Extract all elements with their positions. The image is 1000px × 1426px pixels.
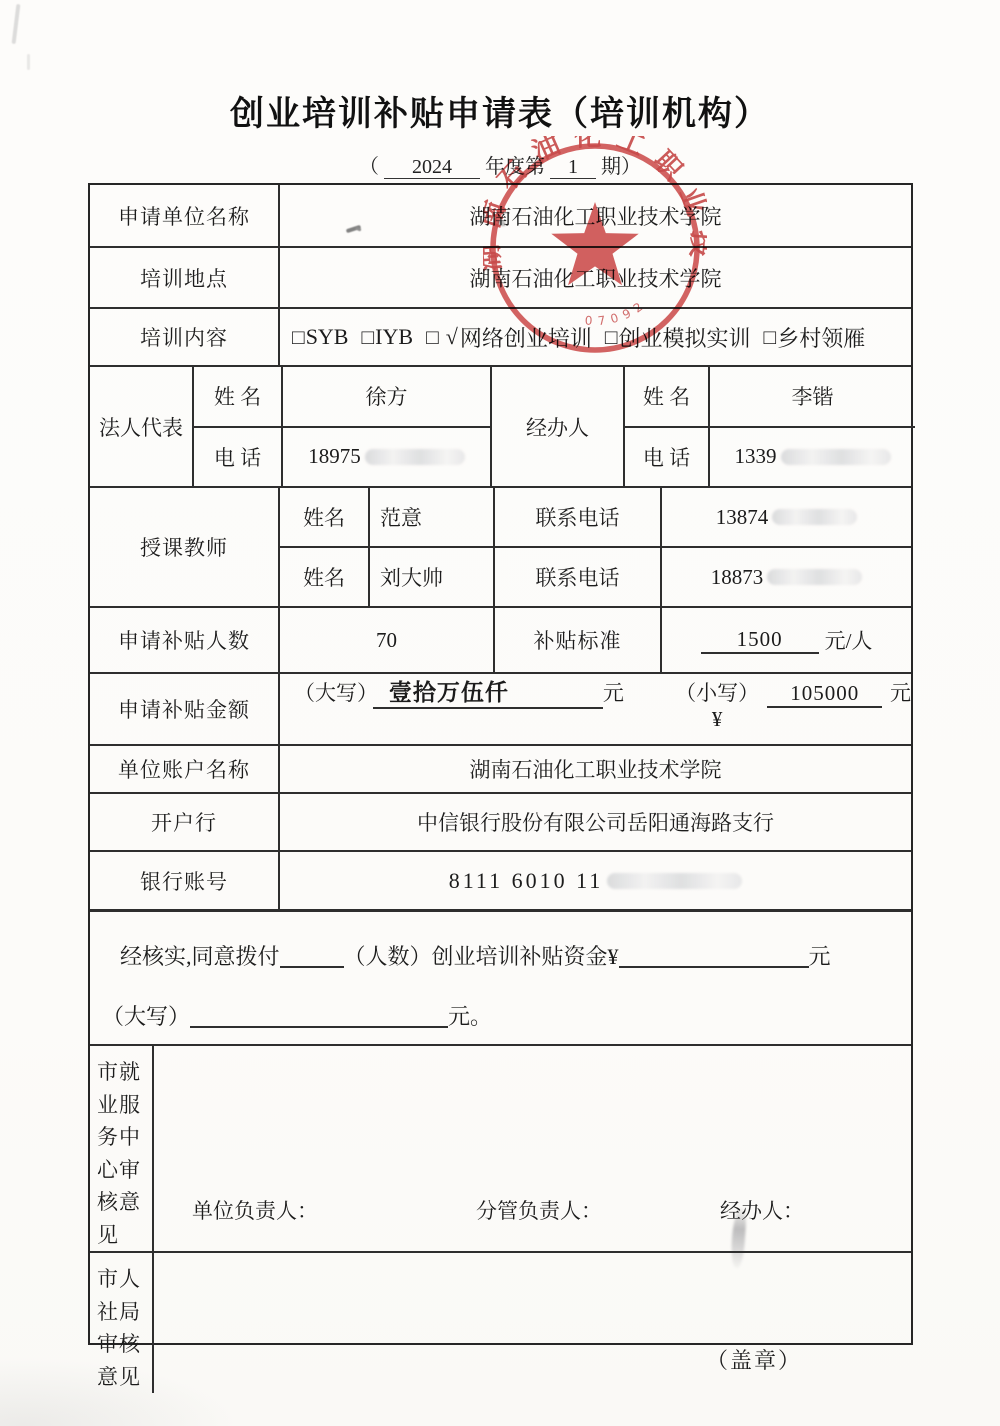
option-label: 乡村领雁 — [777, 322, 865, 353]
blank-daxie — [190, 1004, 448, 1028]
page-title: 创业培训补贴申请表（培训机构） — [0, 86, 1000, 135]
amount-value: （大写） 壹拾万伍仟 元 （小写）¥ 105000 元 — [280, 674, 911, 744]
train-content-label: 培训内容 — [90, 309, 280, 365]
standard-value: 1500 元/人 — [662, 608, 911, 672]
subtitle-mid: 年度第 — [485, 156, 545, 178]
row-train-location: 培训地点 湖南石油化工职业技术学院 — [90, 248, 911, 309]
unit-head-label: 单位负责人： — [192, 1195, 318, 1225]
applicants-label: 申请补贴人数 — [90, 608, 280, 672]
teacher2-phone-label: 联系电话 — [495, 548, 662, 606]
option-syb: □SYB — [292, 324, 348, 350]
subtitle-year: 2024 — [384, 156, 480, 179]
xiaoxie-label: （小写）¥ — [673, 677, 762, 732]
legal-rep-fields: 姓 名 徐方 电 话 18975 — [194, 367, 492, 486]
legal-rep-name-label: 姓 名 — [194, 367, 283, 426]
standard-unit: 元/人 — [825, 625, 873, 655]
redaction-smudge — [781, 449, 891, 465]
unit-name-label: 申请单位名称 — [90, 185, 280, 246]
teacher1-phone: 13874 — [662, 488, 911, 546]
checkbox-icon: □ — [764, 325, 777, 350]
application-table: 申请单位名称 湖南石油化工职业技术学院 培训地点 湖南石油化工职业技术学院 培训… — [88, 183, 913, 1345]
redaction-smudge — [772, 509, 857, 525]
bureau-review-content: （盖章） — [154, 1253, 911, 1393]
bank-value: 中信银行股份有限公司岳阳通海路支行 — [280, 794, 911, 850]
approval-text: 经核实,同意拨付（人数）创业培训补贴资金¥元 （大写）元。 — [90, 912, 911, 1034]
approval-text-1: 经核实,同意拨付 — [120, 944, 280, 969]
approval-cell: 经核实,同意拨付（人数）创业培训补贴资金¥元 （大写）元。 — [90, 912, 911, 1044]
account-no-prefix: 8111 6010 11 — [449, 868, 604, 894]
train-location-label: 培训地点 — [90, 248, 280, 307]
approval-daxie-label: （大写） — [102, 1004, 190, 1029]
amount-line: （大写） 壹拾万伍仟 元 （小写）¥ 105000 元 — [280, 674, 911, 744]
approval-yuan: 元。 — [448, 1004, 492, 1029]
branch-head-label: 分管负责人： — [476, 1195, 602, 1225]
subtitle-open: （ — [359, 156, 379, 178]
handler-sign-label: 经办人： — [720, 1195, 804, 1225]
subtitle-close: 期） — [601, 156, 641, 178]
handler-phone-label: 电 话 — [625, 428, 710, 487]
redaction-smudge — [365, 449, 465, 465]
row-amount: 申请补贴金额 （大写） 壹拾万伍仟 元 （小写）¥ 105000 元 — [90, 674, 911, 746]
checkbox-icon: □ — [361, 325, 374, 350]
center-review-label: 市就业服务中心审核意见 — [90, 1046, 154, 1251]
legal-rep-phone-row: 电 话 18975 — [194, 428, 490, 487]
option-label: 创业模拟实训 — [619, 322, 751, 353]
handler-phone-value: 1339 — [710, 428, 915, 487]
daxie-label: （大写） — [294, 677, 373, 707]
scan-streak — [27, 54, 30, 70]
row-bureau-review: 市人社局审核意见 （盖章） — [90, 1253, 911, 1393]
signer-line: 单位负责人： 分管负责人： 经办人： — [154, 1195, 911, 1225]
option-label: 网络创业培训 — [460, 322, 592, 353]
approval-text-3: 元 — [809, 944, 831, 969]
row-teachers: 授课教师 姓名 范意 联系电话 13874 姓名 刘大帅 联系电话 18873 — [90, 488, 911, 608]
option-simulation: □创业模拟实训 — [605, 322, 751, 353]
approval-line-1: 经核实,同意拨付（人数）创业培训补贴资金¥元 — [120, 940, 901, 974]
blank-amount — [619, 944, 809, 968]
account-name-value: 湖南石油化工职业技术学院 — [280, 746, 911, 792]
row-unit-name: 申请单位名称 湖南石油化工职业技术学院 — [90, 185, 911, 248]
row-applicants-standard: 申请补贴人数 70 补贴标准 1500 元/人 — [90, 608, 911, 674]
handler-name-label: 姓 名 — [625, 367, 710, 426]
teachers-label: 授课教师 — [90, 488, 280, 606]
handler-fields: 姓 名 李锴 电 话 1339 — [625, 367, 915, 486]
approval-line-2: （大写）元。 — [102, 1000, 901, 1034]
legal-rep-phone-label: 电 话 — [194, 428, 283, 487]
stamp-hint: （盖章） — [706, 1344, 802, 1375]
teacher1-name: 范意 — [370, 488, 495, 546]
teacher2-name-label: 姓名 — [280, 548, 370, 606]
checkbox-options: □SYB □IYB □√网络创业培训 □创业模拟实训 □乡村领雁 — [292, 322, 865, 353]
standard-label: 补贴标准 — [495, 608, 662, 672]
subtitle-period: （ 2024 年度第 1 期） — [0, 150, 1000, 179]
scan-streak — [12, 4, 21, 44]
handler-label: 经办人 — [492, 367, 625, 486]
teacher1-name-label: 姓名 — [280, 488, 370, 546]
center-review-content: 单位负责人： 分管负责人： 经办人： — [154, 1046, 911, 1251]
account-no-label: 银行账号 — [90, 852, 280, 909]
bank-label: 开户行 — [90, 794, 280, 850]
amount-label: 申请补贴金额 — [90, 674, 280, 744]
checkmark-icon: √ — [446, 324, 458, 350]
legal-rep-label: 法人代表 — [90, 367, 194, 486]
legal-rep-phone-value: 18975 — [283, 428, 490, 487]
handler-name-row: 姓 名 李锴 — [625, 367, 915, 428]
checkbox-icon: □ — [292, 325, 305, 350]
approval-text-2: （人数）创业培训补贴资金¥ — [344, 944, 619, 969]
teachers-fields: 姓名 范意 联系电话 13874 姓名 刘大帅 联系电话 18873 — [280, 488, 911, 606]
option-rural: □乡村领雁 — [764, 322, 866, 353]
subtitle-issue: 1 — [550, 156, 596, 179]
legal-rep-name-row: 姓 名 徐方 — [194, 367, 490, 428]
teacher-row-1: 姓名 范意 联系电话 13874 — [280, 488, 911, 548]
option-label: IYB — [375, 324, 413, 350]
scanned-form-page: 创业培训补贴申请表（培训机构） （ 2024 年度第 1 期） 申请单位名称 湖… — [0, 0, 1000, 1426]
row-train-content: 培训内容 □SYB □IYB □√网络创业培训 □创业模拟实训 □乡村领雁 — [90, 309, 911, 367]
train-content-options: □SYB □IYB □√网络创业培训 □创业模拟实训 □乡村领雁 — [280, 309, 911, 365]
row-account-name: 单位账户名称 湖南石油化工职业技术学院 — [90, 746, 911, 794]
phone-prefix: 18975 — [308, 444, 361, 469]
row-account-no: 银行账号 8111 6010 11 — [90, 852, 911, 912]
handler-name-value: 李锴 — [710, 367, 915, 426]
account-no-value: 8111 6010 11 — [280, 852, 911, 909]
xiaoxie-value: 105000 — [767, 681, 882, 708]
option-label: SYB — [306, 324, 349, 350]
row-bank: 开户行 中信银行股份有限公司岳阳通海路支行 — [90, 794, 911, 852]
handler-phone-row: 电 话 1339 — [625, 428, 915, 487]
teacher2-phone: 18873 — [662, 548, 911, 606]
phone-prefix: 18873 — [711, 565, 764, 590]
row-approval: 经核实,同意拨付（人数）创业培训补贴资金¥元 （大写）元。 — [90, 912, 911, 1046]
option-network-training: □√网络创业培训 — [426, 322, 592, 353]
teacher2-name: 刘大帅 — [370, 548, 495, 606]
yuan-1: 元 — [603, 677, 624, 707]
teacher-row-2: 姓名 刘大帅 联系电话 18873 — [280, 548, 911, 606]
teacher1-phone-label: 联系电话 — [495, 488, 662, 546]
standard-amount: 1500 — [701, 627, 819, 654]
row-legal-rep: 法人代表 姓 名 徐方 电 话 18975 经办人 姓 名 李锴 — [90, 367, 911, 488]
checkbox-icon: □ — [426, 325, 439, 350]
daxie-value: 壹拾万伍仟 — [373, 674, 603, 709]
option-iyb: □IYB — [361, 324, 413, 350]
legal-rep-name-value: 徐方 — [283, 367, 490, 426]
unit-name-value: 湖南石油化工职业技术学院 — [280, 185, 911, 246]
blank-count — [280, 944, 344, 968]
checkbox-icon: □ — [605, 325, 618, 350]
account-name-label: 单位账户名称 — [90, 746, 280, 792]
redaction-smudge — [767, 569, 862, 585]
phone-prefix: 1339 — [735, 444, 777, 469]
phone-prefix: 13874 — [716, 505, 769, 530]
redaction-smudge — [607, 873, 742, 889]
row-center-review: 市就业服务中心审核意见 单位负责人： 分管负责人： 经办人： — [90, 1046, 911, 1253]
applicants-value: 70 — [280, 608, 495, 672]
bureau-review-label: 市人社局审核意见 — [90, 1253, 154, 1393]
train-location-value: 湖南石油化工职业技术学院 — [280, 248, 911, 307]
yuan-2: 元 — [890, 677, 911, 707]
